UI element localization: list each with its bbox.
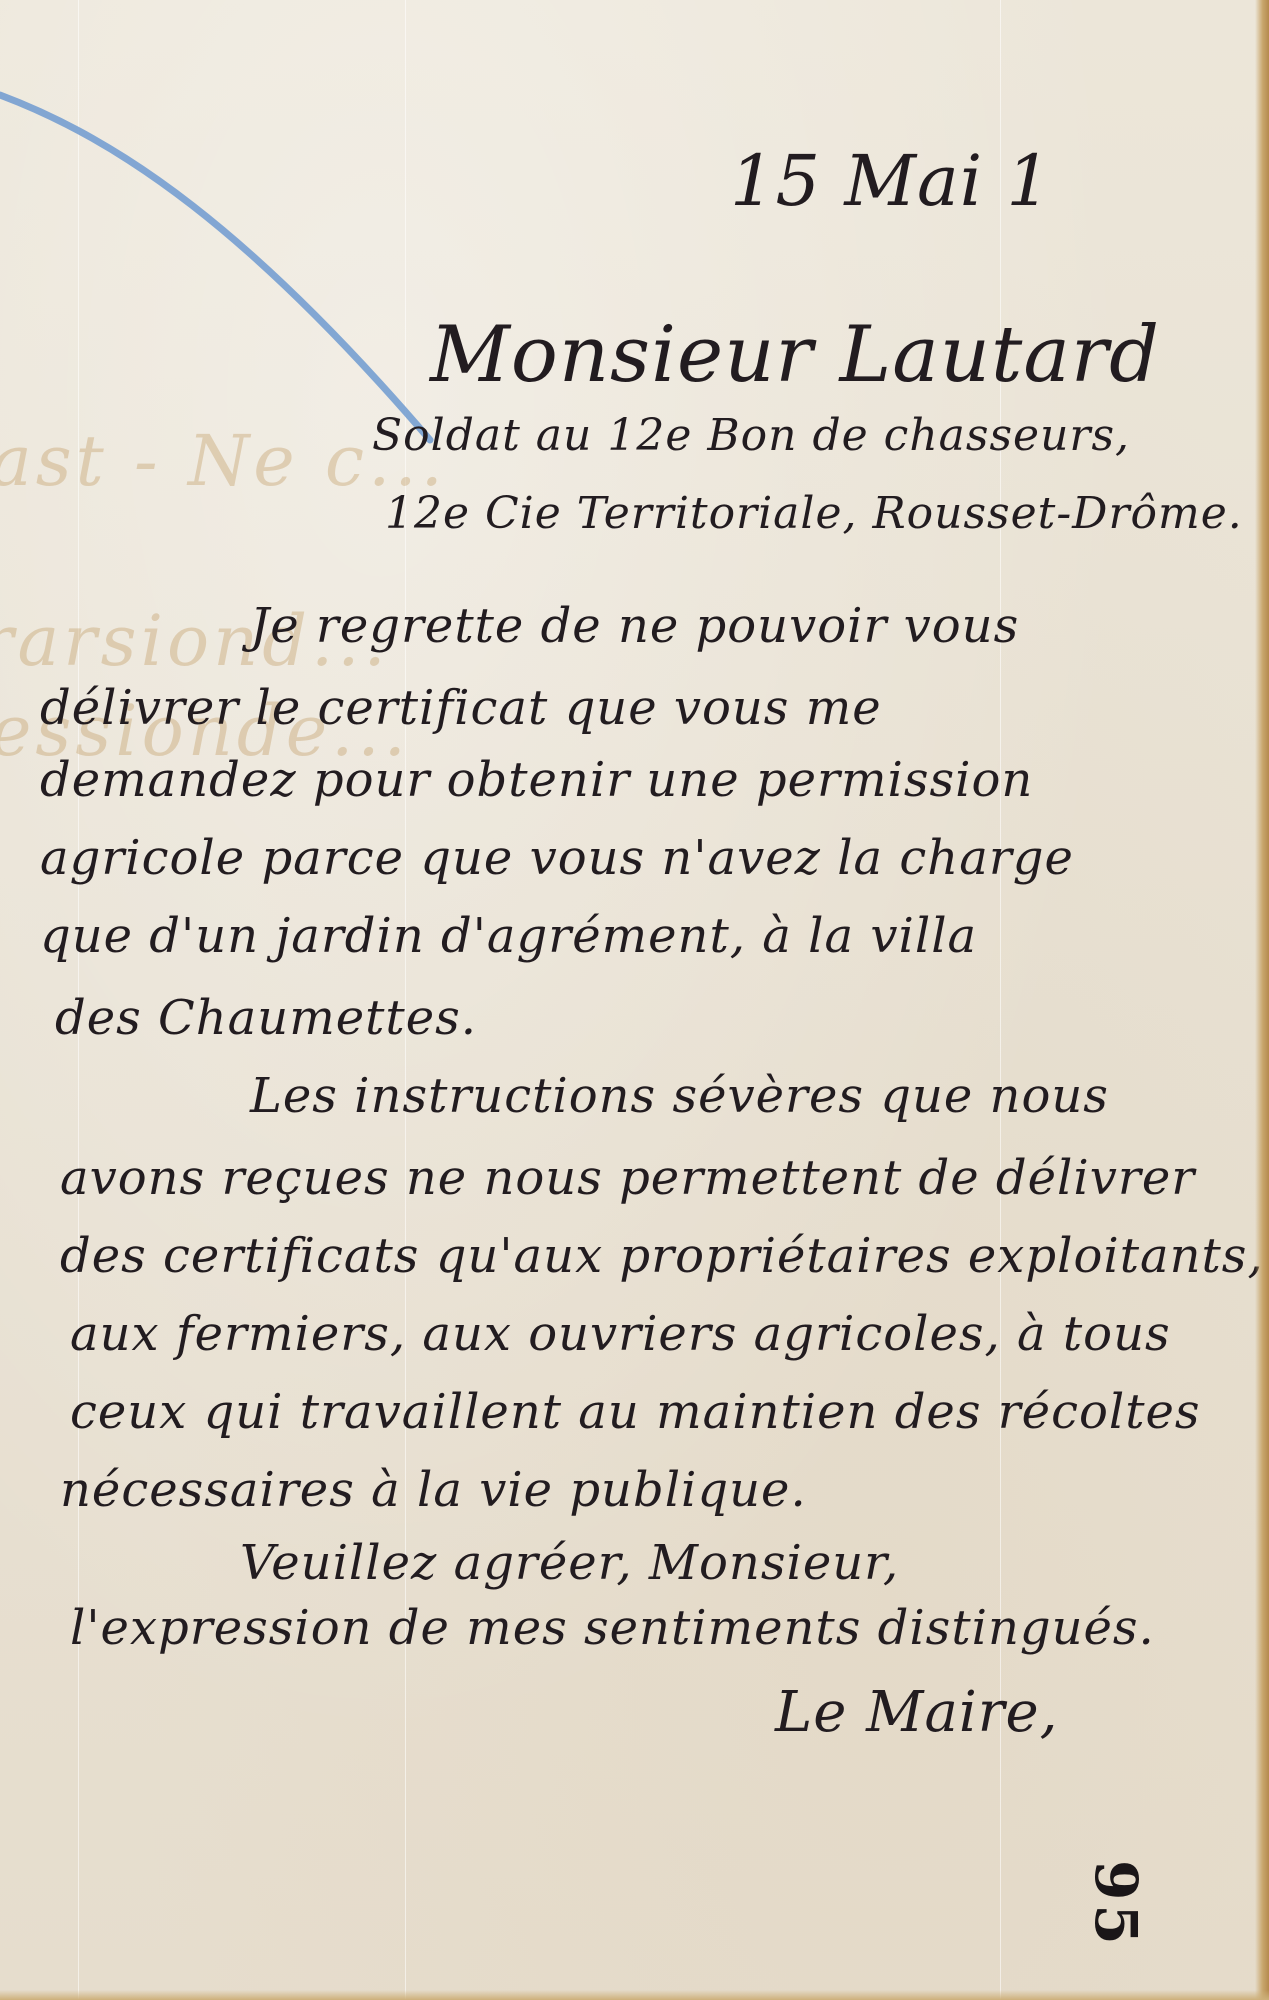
paper-edge [1255, 0, 1269, 2000]
body-line: que d'un jardin d'agrément, à la villa [40, 908, 977, 964]
letter-date: 15 Mai 1 [730, 140, 1052, 222]
body-line: Je regrette de ne pouvoir vous [250, 598, 1019, 654]
body-line: Les instructions sévères que nous [250, 1068, 1109, 1124]
letter-page: ast - Ne c... rarsiond... essionde... 15… [0, 0, 1269, 2000]
closing-line: l'expression de mes sentiments distingué… [70, 1600, 1155, 1656]
body-line: ceux qui travaillent au maintien des réc… [70, 1384, 1201, 1440]
body-line: délivrer le certificat que vous me [40, 680, 882, 736]
blue-pencil-mark [0, 0, 460, 460]
signature: Le Maire, [775, 1680, 1058, 1745]
folio-number-stamp: 95 [1082, 1860, 1150, 1949]
body-line: des certificats qu'aux propriétaires exp… [60, 1228, 1264, 1284]
body-line: demandez pour obtenir une permission [40, 752, 1033, 808]
letter-salutation: Monsieur Lautard [430, 310, 1160, 400]
paper-edge [0, 1990, 1269, 2000]
body-line: aux fermiers, aux ouvriers agricoles, à … [70, 1306, 1171, 1362]
closing-line: Veuillez agréer, Monsieur, [240, 1535, 899, 1591]
address-line: Soldat au 12e Bon de chasseurs, [372, 410, 1130, 461]
body-line: avons reçues ne nous permettent de déliv… [60, 1150, 1195, 1206]
body-line: nécessaires à la vie publique. [60, 1462, 807, 1518]
body-line: des Chaumettes. [55, 990, 477, 1046]
address-line: 12e Cie Territoriale, Rousset-Drôme. [385, 488, 1243, 539]
body-line: agricole parce que vous n'avez la charge [40, 830, 1074, 886]
